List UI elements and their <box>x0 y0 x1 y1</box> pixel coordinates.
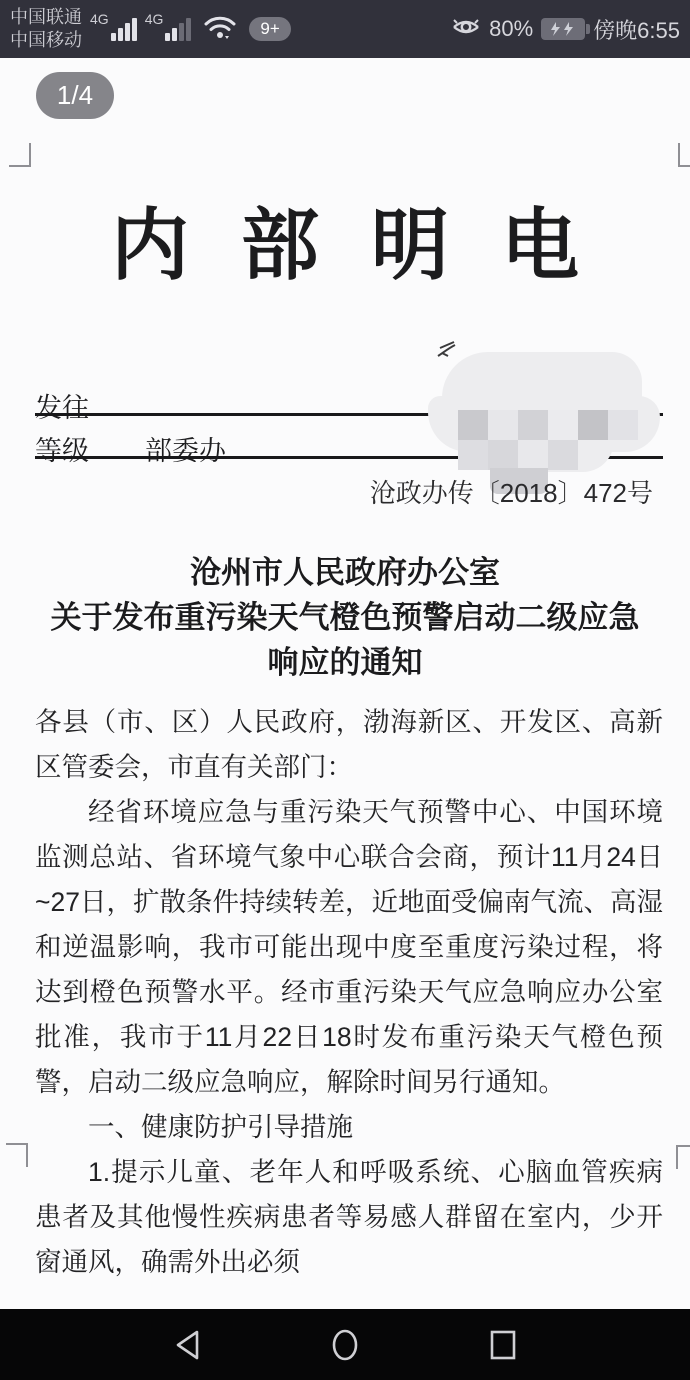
wifi-icon <box>203 14 237 45</box>
status-bar-right: 80% 傍晚6:55 <box>451 0 680 58</box>
signal-bars-icon-1 <box>111 17 137 41</box>
corner-mark-bottom-right <box>676 1145 690 1169</box>
signal-group-1: 4G <box>90 17 137 41</box>
corner-mark-top-right <box>678 143 690 167</box>
eye-comfort-icon <box>451 15 481 44</box>
field-level-label: 等级 <box>35 436 89 466</box>
carrier-names: 中国联通 中国移动 <box>10 6 82 52</box>
page-indicator: 1/4 <box>36 72 114 119</box>
document-heading: 内部明电 <box>0 183 690 295</box>
recents-button[interactable] <box>483 1325 523 1365</box>
document-number: 沧政办传〔2018〕472号 <box>0 473 653 510</box>
document-page[interactable]: 1/4 内部明电 发往 等级 部委办 <box>0 58 690 1309</box>
field-level-value: 部委办 <box>145 429 226 468</box>
paragraph-health-measure-1: 1.提示儿童、老年人和呼吸系统、心脑血管疾病患者及其他慢性疾病患者等易感人群留在… <box>35 1150 663 1285</box>
battery-percent-label: 80% <box>489 16 533 42</box>
battery-charging-icon <box>541 18 585 40</box>
network-type-label-1: 4G <box>90 11 109 27</box>
carrier-line1: 中国联通 <box>10 6 82 29</box>
document-body: 各县（市、区）人民政府，渤海新区、开发区、高新区管委会，市直有关部门： 经省环境… <box>35 700 663 1285</box>
android-nav-bar <box>0 1309 690 1380</box>
field-to-label: 发往 <box>35 393 89 423</box>
signal-bars-icon-2 <box>165 17 191 41</box>
document-title-line2: 关于发布重污染天气橙色预警启动二级应急 <box>20 595 670 640</box>
corner-mark-top-left <box>9 143 31 167</box>
carrier-line2: 中国移动 <box>10 29 82 52</box>
status-bar: 中国联通 中国移动 4G 4G 9+ <box>0 0 690 58</box>
notification-count-badge: 9+ <box>249 17 290 41</box>
phone-screen: 中国联通 中国移动 4G 4G 9+ <box>0 0 690 1380</box>
corner-mark-bottom-left <box>6 1143 28 1167</box>
clock-label: 傍晚6:55 <box>593 14 680 45</box>
redaction-mosaic <box>428 340 673 474</box>
signal-group-2: 4G <box>145 17 192 41</box>
paragraph-recipients: 各县（市、区）人民政府，渤海新区、开发区、高新区管委会，市直有关部门： <box>35 700 663 790</box>
document-title-line1: 沧州市人民政府办公室 <box>20 550 670 595</box>
document-title-line3: 响应的通知 <box>20 640 670 685</box>
home-button[interactable] <box>325 1325 365 1365</box>
back-button[interactable] <box>167 1325 207 1365</box>
paragraph-section-heading: 一、健康防护引导措施 <box>35 1105 663 1150</box>
document-title: 沧州市人民政府办公室 关于发布重污染天气橙色预警启动二级应急 响应的通知 <box>20 550 670 685</box>
paragraph-warning-announcement: 经省环境应急与重污染天气预警中心、中国环境监测总站、省环境气象中心联合会商，预计… <box>35 790 663 1105</box>
network-type-label-2: 4G <box>145 11 164 27</box>
